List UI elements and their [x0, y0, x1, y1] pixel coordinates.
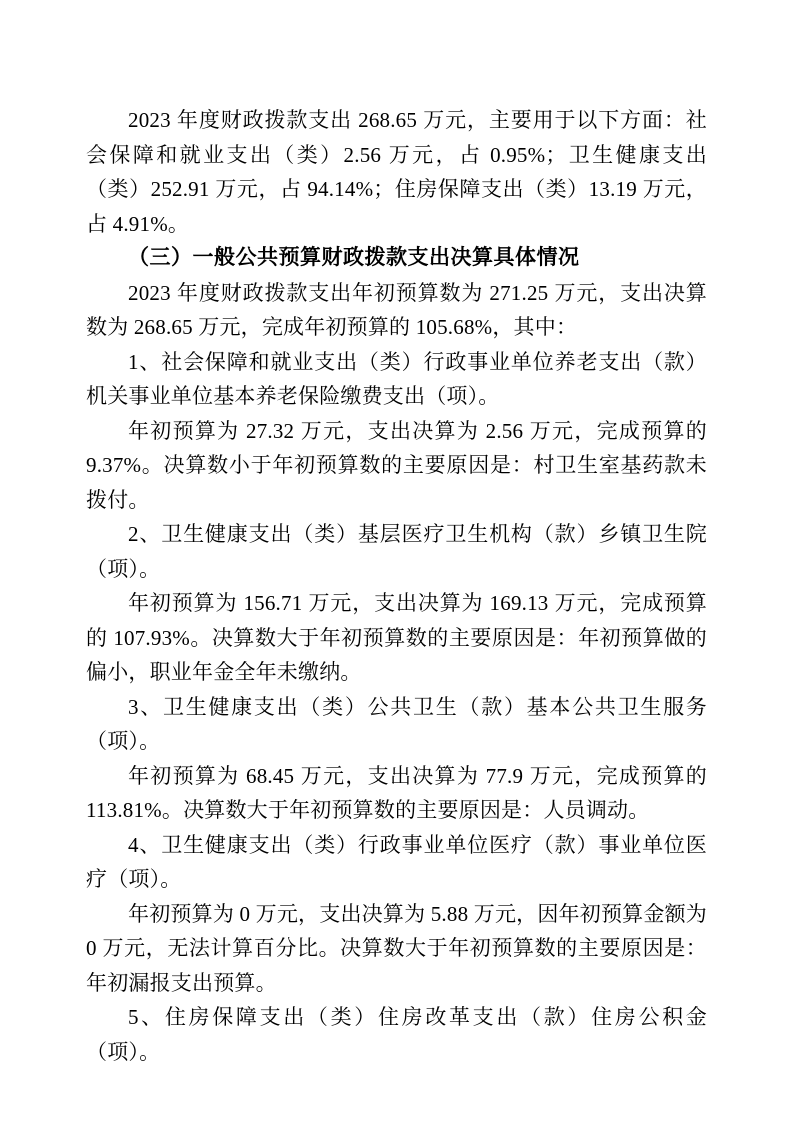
paragraph: 1、社会保障和就业支出（类）行政事业单位养老支出（款）机关事业单位基本养老保险缴… — [86, 345, 707, 414]
paragraph: 5、住房保障支出（类）住房改革支出（款）住房公积金（项）。 — [86, 1000, 707, 1069]
paragraph: 2023 年度财政拨款支出 268.65 万元，主要用于以下方面：社会保障和就业… — [86, 103, 707, 241]
paragraph: 年初预算为 68.45 万元，支出决算为 77.9 万元，完成预算的 113.8… — [86, 759, 707, 828]
paragraph: 2、卫生健康支出（类）基层医疗卫生机构（款）乡镇卫生院（项）。 — [86, 517, 707, 586]
document-page: 2023 年度财政拨款支出 268.65 万元，主要用于以下方面：社会保障和就业… — [0, 0, 793, 1122]
paragraph: 4、卫生健康支出（类）行政事业单位医疗（款）事业单位医疗（项）。 — [86, 828, 707, 897]
paragraph: 年初预算为 156.71 万元，支出决算为 169.13 万元，完成预算的 10… — [86, 586, 707, 690]
paragraph: 2023 年度财政拨款支出年初预算数为 271.25 万元，支出决算数为 268… — [86, 276, 707, 345]
paragraph: 3、卫生健康支出（类）公共卫生（款）基本公共卫生服务（项）。 — [86, 690, 707, 759]
document-content: 2023 年度财政拨款支出 268.65 万元，主要用于以下方面：社会保障和就业… — [86, 103, 707, 1069]
paragraph: 年初预算为 27.32 万元，支出决算为 2.56 万元，完成预算的 9.37%… — [86, 414, 707, 518]
section-heading: （三）一般公共预算财政拨款支出决算具体情况 — [86, 241, 707, 276]
paragraph: 年初预算为 0 万元，支出决算为 5.88 万元，因年初预算金额为 0 万元，无… — [86, 897, 707, 1001]
